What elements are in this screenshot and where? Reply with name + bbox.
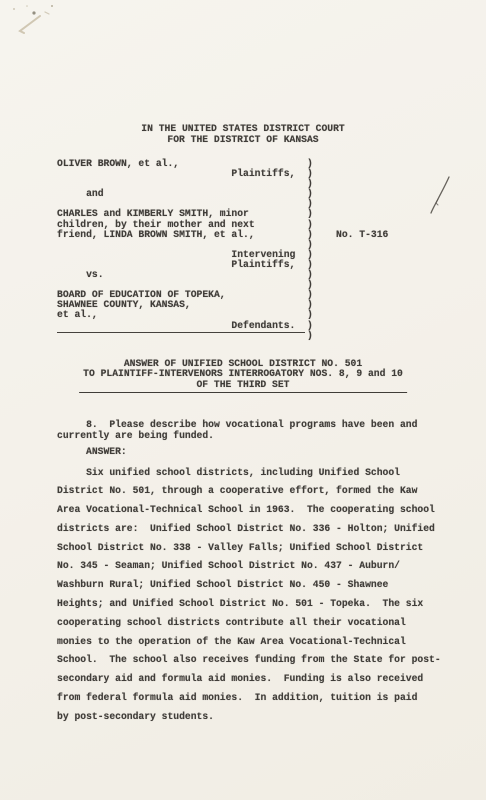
pencil-scribble-mark (13, 5, 53, 33)
answer-label: ANSWER: (86, 447, 127, 457)
document-page: IN THE UNITED STATES DISTRICT COURT FOR … (0, 0, 486, 800)
case-number: No. T-316 (336, 230, 388, 240)
case-caption: OLIVER BROWN, et al., ) Plaintiffs, ) ) … (57, 159, 313, 341)
pen-stroke-mark (431, 177, 449, 213)
document-title: ANSWER OF UNIFIED SCHOOL DISTRICT NO. 50… (79, 359, 407, 393)
caption-rule (57, 332, 305, 334)
court-header: IN THE UNITED STATES DISTRICT COURT FOR … (0, 123, 486, 146)
interrogatory-question: 8. Please describe how vocational progra… (57, 419, 417, 441)
answer-paragraph: Six unified school districts, including … (57, 464, 441, 727)
